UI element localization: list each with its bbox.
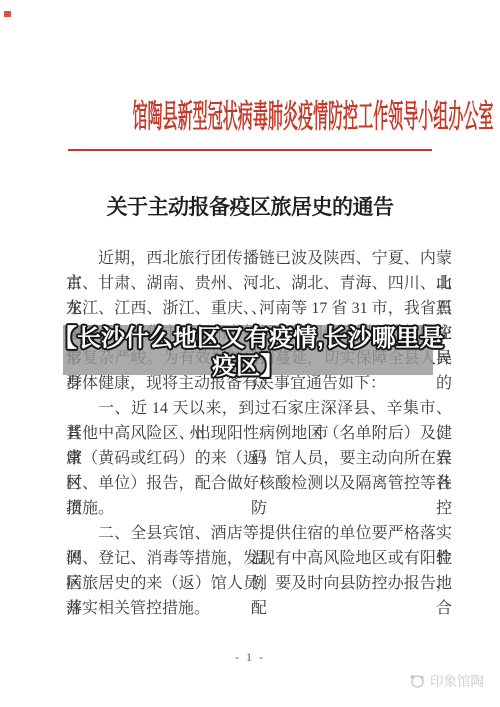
caption-line-1: 【长沙什么地区又有疫情,长沙哪里是 [53,325,443,353]
body-line: 常（黄码或红码）的来（返）馆人员，要主动向所在农村（社 [66,446,452,471]
body-line: 近期，西北旅行团传播链已波及陕西、宁夏、内蒙古、北 [66,246,452,271]
caption-text: 【长沙什么地区又有疫情,长沙哪里是 疫区】 [53,325,443,381]
brand-logo-icon [408,673,425,688]
notice-body: 近期，西北旅行团传播链已波及陕西、宁夏、内蒙古、北 京、甘肃、湖南、贵州、河北、… [66,246,452,621]
watermark: 印象馆陶 [408,671,484,689]
page-number: - 1 - [0,650,500,665]
caption-overlay-box: 【长沙什么地区又有疫情,长沙哪里是 疫区】 [63,325,433,375]
letterhead-office-name: 馆陶县新型冠状病毒肺炎疫情防控工作领导小组办公室 [133,91,368,137]
letterhead-divider-rule [68,149,432,151]
body-line-item-2: 二、全县宾馆、酒店等提供住宿的单位要严格落实测温验 [66,521,452,546]
body-line: 码、登记、消毒等措施，发现有中高风险地区或有阳性病例地 [66,546,452,571]
body-line: 区旅居史的来（返）馆人员，要及时向县防控办报告，并配合 [66,571,452,596]
body-line: 其他中高风险区、出现阳性病例地区（名单附后）及健康码异 [66,421,452,446]
body-line: 龙江、江西、浙江、重庆、河南等 17 省 31 市，我省石家庄 [66,296,452,321]
body-line-item-1: 一、近 14 天以来，到过石家庄深泽县、辛集市、晋州市、 [66,396,452,421]
body-line: 京、甘肃、湖南、贵州、河北、湖北、青海、四川、山东、黑 [66,271,452,296]
scan-red-corner-mark [4,11,11,17]
watermark-label: 印象馆陶 [430,670,484,690]
notice-title: 关于主动报备疫区旅居史的通告 [0,191,500,221]
scanned-notice-page: 馆陶县新型冠状病毒肺炎疫情防控工作领导小组办公室 关于主动报备疫区旅居史的通告 … [0,0,500,707]
caption-line-2: 疫区】 [53,353,443,381]
body-line: 区、单位）报告，配合做好核酸检测以及隔离管控等各项防控 [66,471,452,496]
